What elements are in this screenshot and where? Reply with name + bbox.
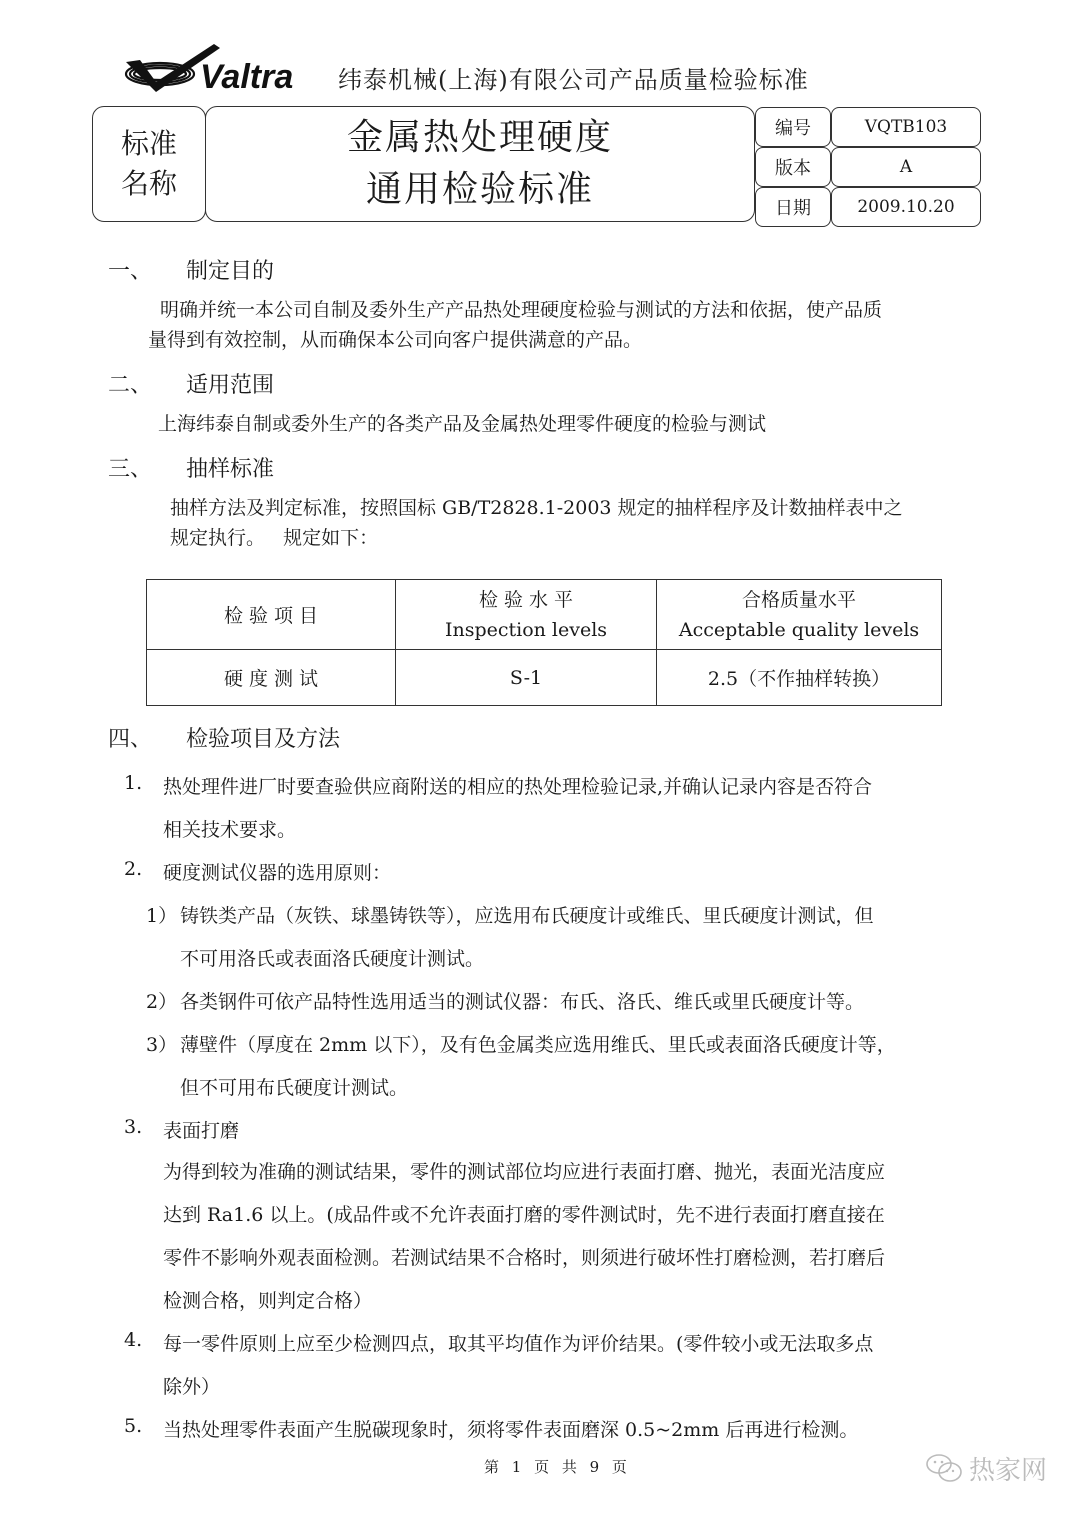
table-row: 硬 度 测 试 S-1 2.5（不作抽样转换） <box>147 650 942 706</box>
doc-title-line2: 通用检验标准 <box>366 164 594 216</box>
item-number: 2） <box>146 987 177 1014</box>
section-1-text-line2: 量得到有效控制，从而确保本公司向客户提供满意的产品。 <box>148 324 642 356</box>
section-1-text-line1: 明确并统一本公司自制及委外生产产品热处理硬度检验与测试的方法和依据，使产品质 <box>160 294 882 326</box>
list-item-text: 薄壁件（厚度在 2mm 以下），及有色金属类应选用维氏、里氏或表面洛氏硬度计等， <box>180 1030 896 1057</box>
item-number: 3. <box>124 1116 142 1138</box>
name-label-line1: 标准 <box>121 124 177 164</box>
section-number: 一、 <box>108 254 186 285</box>
list-item-text: 相关技术要求。 <box>163 815 296 842</box>
section-number: 二、 <box>108 368 186 399</box>
section-title: 检验项目及方法 <box>186 727 340 752</box>
item-number: 4. <box>124 1329 142 1351</box>
valtra-logo-icon: Valtra <box>122 42 312 94</box>
doc-title-line1: 金属热处理硬度 <box>347 112 613 164</box>
list-item-text: 但不可用布氏硬度计测试。 <box>180 1073 408 1100</box>
header-cn: 检 验 项 目 <box>224 605 318 627</box>
list-item-text: 热处理件进厂时要查验供应商附送的相应的热处理检验记录,并确认记录内容是否符合 <box>163 772 872 799</box>
header-en: Inspection levels <box>397 615 655 645</box>
table-cell: S-1 <box>396 650 657 706</box>
list-item-text: 当热处理零件表面产生脱碳现象时，须将零件表面磨深 0.5~2mm 后再进行检测。 <box>163 1415 858 1442</box>
page-number: 第 1 页 共 9 页 <box>484 1456 631 1477</box>
table-cell: 硬 度 测 试 <box>147 650 396 706</box>
header-cn: 合格质量水平 <box>658 585 940 615</box>
list-item-text: 检测合格，则判定合格） <box>163 1286 372 1313</box>
list-item-text: 为得到较为准确的测试结果，零件的测试部位均应进行表面打磨、抛光，表面光洁度应 <box>163 1157 885 1184</box>
section-number: 四、 <box>108 722 186 753</box>
list-item-text: 硬度测试仪器的选用原则： <box>163 858 391 885</box>
sampling-table: 检 验 项 目 检 验 水 平 Inspection levels 合格质量水平… <box>146 579 942 706</box>
table-header-cell: 合格质量水平 Acceptable quality levels <box>657 580 942 650</box>
document-title: 金属热处理硬度 通用检验标准 <box>205 106 755 222</box>
section-2-text: 上海纬泰自制或委外生产的各类产品及金属热处理零件硬度的检验与测试 <box>158 408 766 440</box>
section-title: 适用范围 <box>186 373 274 398</box>
list-item-text: 每一零件原则上应至少检测四点，取其平均值作为评价结果。(零件较小或无法取多点 <box>163 1329 873 1356</box>
item-number: 1. <box>124 772 142 794</box>
section-number: 三、 <box>108 452 186 483</box>
wechat-icon <box>925 1452 965 1486</box>
section-title: 抽样标准 <box>186 457 274 482</box>
meta-key-version: 版本 <box>755 147 831 187</box>
section-4-heading: 四、检验项目及方法 <box>108 722 340 753</box>
svg-text:Valtra: Valtra <box>200 58 293 94</box>
header-cn: 检 验 水 平 <box>397 585 655 615</box>
watermark: 热家网 <box>925 1450 1047 1487</box>
meta-key-date: 日期 <box>755 187 831 227</box>
list-item-text: 除外） <box>163 1372 220 1399</box>
section-1-heading: 一、制定目的 <box>108 254 274 285</box>
list-item-text: 不可用洛氏或表面洛氏硬度计测试。 <box>180 944 484 971</box>
table-header-row: 检 验 项 目 检 验 水 平 Inspection levels 合格质量水平… <box>147 580 942 650</box>
meta-key-number: 编号 <box>755 107 831 147</box>
watermark-text: 热家网 <box>969 1450 1047 1487</box>
section-3-heading: 三、抽样标准 <box>108 452 274 483</box>
section-3-text-line2: 规定执行。 规定如下： <box>170 522 378 554</box>
table-cell: 2.5（不作抽样转换） <box>657 650 942 706</box>
list-item-text: 零件不影响外观表面检测。若测试结果不合格时，则须进行破坏性打磨检测，若打磨后 <box>163 1243 885 1270</box>
standard-name-label: 标准 名称 <box>92 106 206 222</box>
list-item-text: 表面打磨 <box>163 1116 239 1143</box>
meta-value-number: VQTB103 <box>831 107 981 147</box>
table-header-cell: 检 验 项 目 <box>147 580 396 650</box>
list-item-text: 各类钢件可依产品特性选用适当的测试仪器：布氏、洛氏、维氏或里氏硬度计等。 <box>180 987 864 1014</box>
section-3-text-line1: 抽样方法及判定标准，按照国标 GB/T2828.1-2003 规定的抽样程序及计… <box>170 492 903 524</box>
doc-meta-table: 编号 VQTB103 版本 A 日期 2009.10.20 <box>755 107 981 227</box>
section-title: 制定目的 <box>186 259 274 284</box>
table-header-cell: 检 验 水 平 Inspection levels <box>396 580 657 650</box>
list-item-text: 铸铁类产品（灰铁、球墨铸铁等），应选用布氏硬度计或维氏、里氏硬度计测试，但 <box>180 901 874 928</box>
item-number: 3） <box>146 1030 177 1057</box>
name-label-line2: 名称 <box>121 164 177 204</box>
company-title: 纬泰机械(上海)有限公司产品质量检验标准 <box>338 60 809 95</box>
item-number: 2. <box>124 858 142 880</box>
meta-value-date: 2009.10.20 <box>831 187 981 227</box>
section-2-heading: 二、适用范围 <box>108 368 274 399</box>
meta-value-version: A <box>831 147 981 187</box>
item-number: 5. <box>124 1415 142 1437</box>
list-item-text: 达到 Ra1.6 以上。(成品件或不允许表面打磨的零件测试时，先不进行表面打磨直… <box>163 1200 885 1227</box>
valtra-logo: Valtra <box>122 42 312 94</box>
header-en: Acceptable quality levels <box>658 615 940 645</box>
item-number: 1） <box>146 901 177 928</box>
